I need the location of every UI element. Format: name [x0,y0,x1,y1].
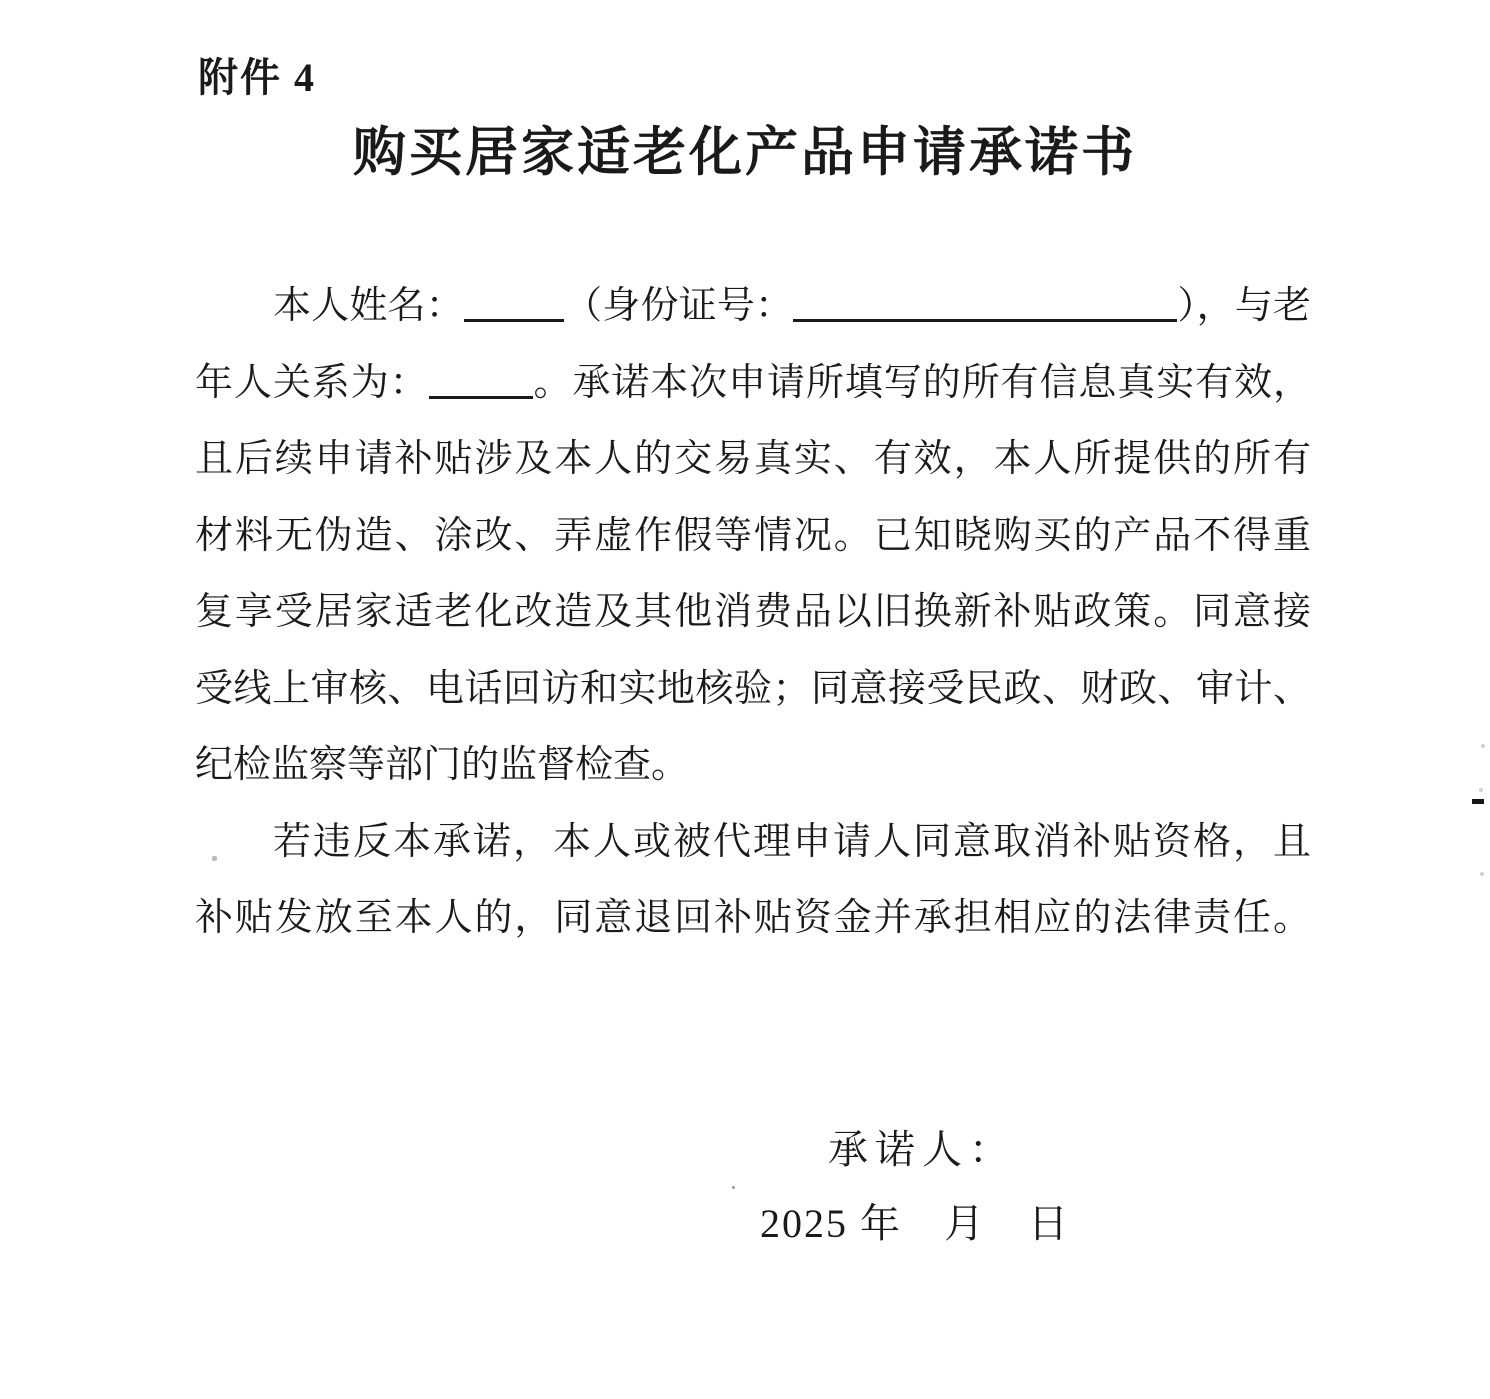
id-number-blank-line [793,285,1177,322]
body-line-3: 且后续申请补贴涉及本人的交易真实、有效，本人所提供的所有 [195,421,1311,498]
body-line-9: 补贴发放至本人的，同意退回补贴资金并承担相应的法律责任。 [195,880,1311,957]
scan-artifact-dot [1480,872,1484,876]
scan-artifact-dot [212,856,217,861]
relationship-blank-line [429,362,533,399]
body-line-1: 本人姓名：（身份证号：），与老 [195,268,1311,345]
scan-artifact-dash [1472,799,1484,804]
attachment-label: 附件 4 [198,46,316,103]
scan-artifact-dot [732,1186,735,1189]
body-line-5: 复享受居家适老化改造及其他消费品以旧换新补贴政策。同意接 [195,574,1311,651]
body-line-6: 受线上审核、电话回访和实地核验；同意接受民政、财政、审计、 [195,651,1311,728]
line1-text-a: 本人姓名： [273,285,464,327]
line2-text-b: 。承诺本次申请所填写的所有信息真实有效， [533,362,1311,404]
body-line-8: 若违反本承诺，本人或被代理申请人同意取消补贴资格，且 [195,804,1311,881]
body-line-7: 纪检监察等部门的监督检查。 [195,727,1311,804]
scan-artifact-dot [1481,744,1485,748]
scan-artifact-dot [1479,788,1483,792]
signer-label: 承诺人： [828,1118,1016,1175]
document-title: 购买居家适老化产品申请承诺书 [0,110,1490,186]
date-line: 2025 年 月 日 [760,1192,1070,1249]
line1-text-c: ），与老 [1177,285,1311,327]
document-body: 本人姓名：（身份证号：），与老 年人关系为：。承诺本次申请所填写的所有信息真实有… [195,268,1311,957]
name-blank-line [464,285,564,322]
line1-text-b: （身份证号： [564,285,793,327]
line2-text-a: 年人关系为： [195,362,429,404]
body-line-4: 材料无伪造、涂改、弄虚作假等情况。已知晓购买的产品不得重 [195,498,1311,575]
body-line-2: 年人关系为：。承诺本次申请所填写的所有信息真实有效， [195,345,1311,422]
document-page: 附件 4 购买居家适老化产品申请承诺书 本人姓名：（身份证号：），与老 年人关系… [0,0,1490,1399]
